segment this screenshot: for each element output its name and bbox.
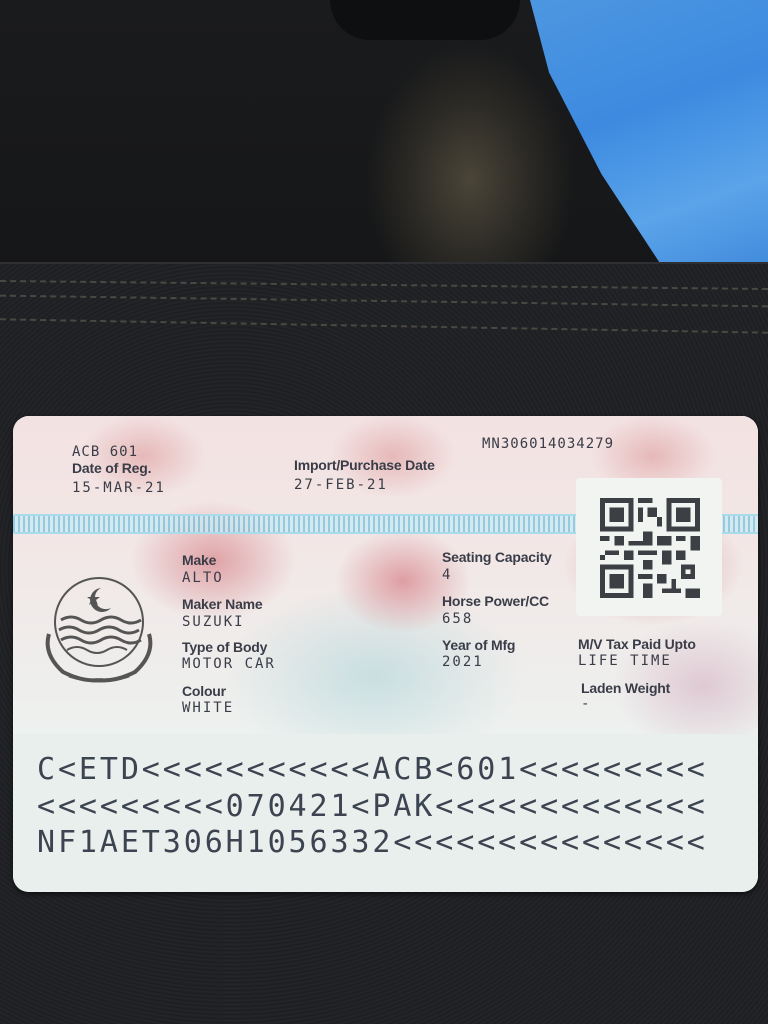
punjab-government-emblem-icon xyxy=(35,574,163,686)
date-of-reg-value: 15-MAR-21 xyxy=(72,480,166,496)
tax-paid-upto-value: LIFE TIME xyxy=(578,653,672,669)
make-label: Make xyxy=(182,552,216,568)
registration-number: ACB 601 xyxy=(72,444,138,460)
seating-capacity-value: 4 xyxy=(442,567,452,583)
type-of-body-label: Type of Body xyxy=(182,639,267,655)
seating-capacity-label: Seating Capacity xyxy=(442,549,552,565)
make-value: ALTO xyxy=(182,570,224,586)
maker-name-label: Maker Name xyxy=(182,596,263,612)
serial-number: MN306014034279 xyxy=(482,436,614,452)
type-of-body-value: MOTOR CAR xyxy=(182,656,276,672)
colour-value: WHITE xyxy=(182,700,234,716)
mrz-line-3: NF1AET306H1056332<<<<<<<<<<<<<<< xyxy=(37,825,708,860)
laden-weight-value: - xyxy=(581,696,591,712)
laden-weight-label: Laden Weight xyxy=(581,680,670,696)
mrz-line-2: <<<<<<<<<070421<PAK<<<<<<<<<<<<< xyxy=(37,789,708,824)
import-purchase-date-label: Import/Purchase Date xyxy=(294,457,435,473)
year-of-mfg-value: 2021 xyxy=(442,654,484,670)
colour-label: Colour xyxy=(182,683,226,699)
horse-power-value: 658 xyxy=(442,611,473,627)
tax-paid-upto-label: M/V Tax Paid Upto xyxy=(578,636,696,652)
import-purchase-date-value: 27-FEB-21 xyxy=(294,477,388,493)
machine-readable-zone: C<ETD<<<<<<<<<<<ACB<601<<<<<<<<< <<<<<<<… xyxy=(13,734,758,892)
vehicle-registration-card: ACB 601 MN306014034279 Date of Reg. 15-M… xyxy=(13,416,758,892)
year-of-mfg-label: Year of Mfg xyxy=(442,637,515,653)
qr-code xyxy=(576,478,722,616)
maker-name-value: SUZUKI xyxy=(182,614,245,630)
horse-power-label: Horse Power/CC xyxy=(442,593,549,609)
background-object xyxy=(330,0,520,40)
mrz-line-1: C<ETD<<<<<<<<<<<ACB<601<<<<<<<<< xyxy=(37,752,708,787)
date-of-reg-label: Date of Reg. xyxy=(72,460,151,476)
